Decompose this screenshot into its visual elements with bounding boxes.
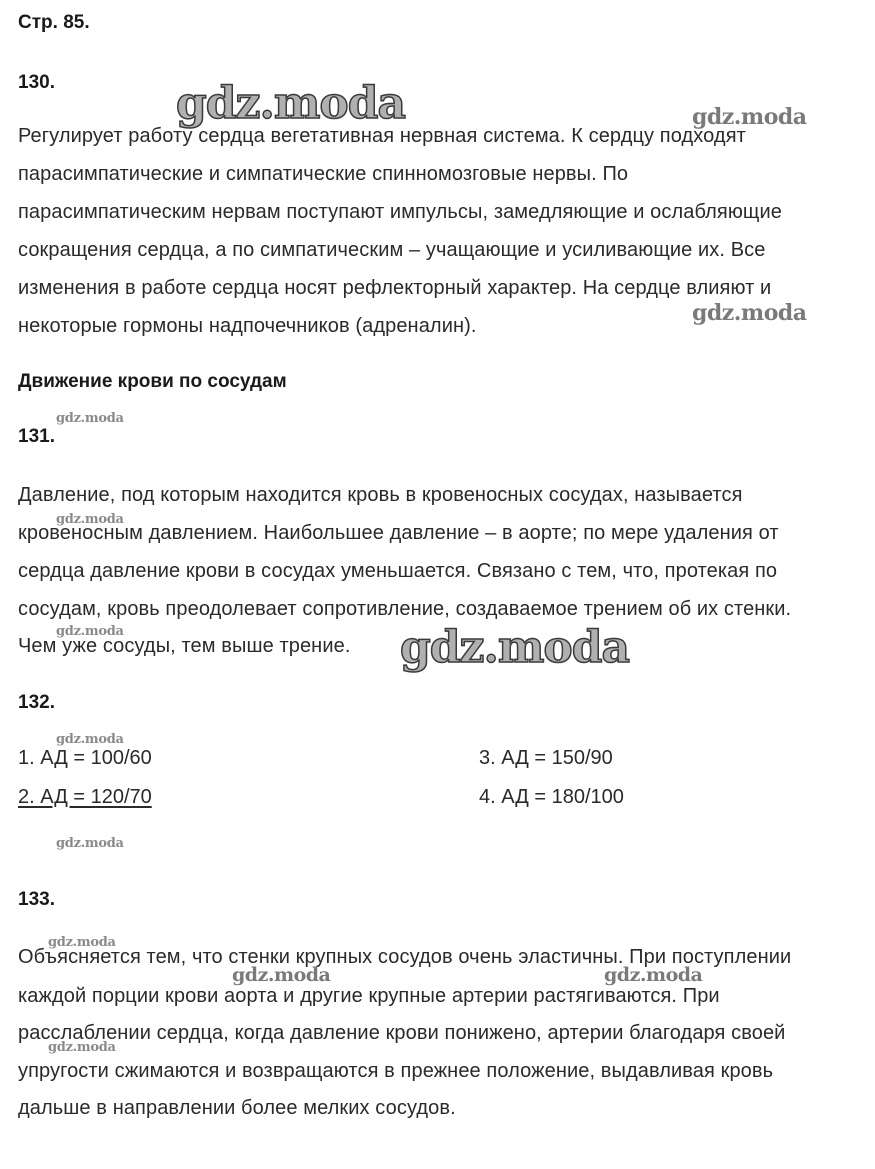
task-130-line: парасимпатическим нервам поступают импул…	[18, 201, 782, 224]
watermark-logo: gdz.moda	[56, 836, 124, 851]
answer-option-4: 4. АД = 180/100	[479, 786, 624, 809]
task-133-line: упругости сжимаются и возвращаются в пре…	[18, 1060, 773, 1083]
task-133-line: каждой порции крови аорта и другие крупн…	[18, 985, 720, 1008]
watermark-logo: gdz.moda	[692, 300, 807, 326]
task-131-line: сердца давление крови в сосудах уменьшае…	[18, 560, 777, 583]
task-130-line: некоторые гормоны надпочечников (адренал…	[18, 315, 477, 338]
task-number-130: 130.	[18, 72, 55, 94]
task-130-line: Регулирует работу сердца вегетативная не…	[18, 125, 746, 148]
task-130-line: парасимпатические и симпатические спинно…	[18, 163, 628, 186]
watermark-logo: gdz.moda	[400, 622, 629, 673]
task-number-133: 133.	[18, 889, 55, 911]
task-131-line: сосудам, кровь преодолевает сопротивлени…	[18, 598, 791, 621]
answer-option-1: 1. АД = 100/60	[18, 747, 152, 770]
page-number: Стр. 85.	[18, 12, 90, 34]
task-130-line: изменения в работе сердца носят рефлекто…	[18, 277, 771, 300]
task-133-line: дальше в направлении более мелких сосудо…	[18, 1097, 456, 1120]
task-133-line: расслаблении сердца, когда давление кров…	[18, 1022, 785, 1045]
task-131-line: Чем уже сосуды, тем выше трение.	[18, 635, 350, 658]
task-131-line: Давление, под которым находится кровь в …	[18, 484, 743, 507]
section-title: Движение крови по сосудам	[18, 371, 287, 393]
watermark-logo: gdz.moda	[56, 732, 124, 747]
task-131-line: кровеносным давлением. Наибольшее давлен…	[18, 522, 779, 545]
task-133-line: Объясняется тем, что стенки крупных сосу…	[18, 946, 791, 969]
task-number-132: 132.	[18, 692, 55, 714]
answer-option-2-selected: 2. АД = 120/70	[18, 786, 152, 809]
task-130-line: сокращения сердца, а по симпатическим – …	[18, 239, 765, 262]
watermark-logo: gdz.moda	[176, 78, 405, 129]
watermark-logo: gdz.moda	[56, 411, 124, 426]
task-number-131: 131.	[18, 426, 55, 448]
answer-option-3: 3. АД = 150/90	[479, 747, 613, 770]
